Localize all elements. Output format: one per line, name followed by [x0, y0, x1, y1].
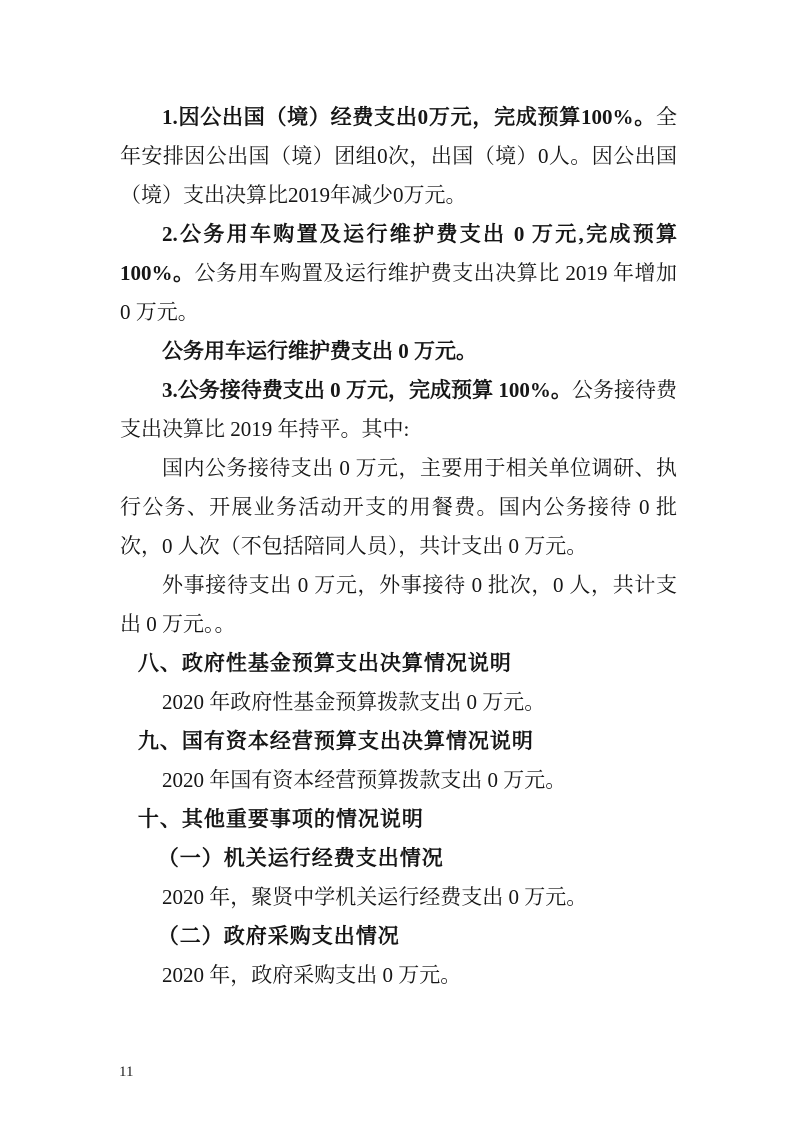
bold-text-segment: 3.公务接待费支出 0 万元，完成预算 100%。	[162, 378, 572, 402]
document-page: 1.因公出国（境）经费支出0万元，完成预算100%。全年安排因公出国（境）团组0…	[0, 0, 793, 1122]
bold-text-segment: （二）政府采购支出情况	[158, 924, 400, 948]
text-segment: 2020 年，聚贤中学机关运行经费支出 0 万元。	[162, 885, 587, 909]
paragraph: 公务用车运行维护费支出 0 万元。	[120, 332, 677, 371]
bold-text-segment: 1.因公出国（境）经费支出0万元，完成预算100%。	[162, 105, 656, 129]
paragraph: 2020 年政府性基金预算拨款支出 0 万元。	[120, 683, 677, 722]
paragraph: 2020 年，政府采购支出 0 万元。	[120, 956, 677, 995]
text-segment: 外事接待支出 0 万元，外事接待 0 批次，0 人，共计支出 0 万元。。	[120, 573, 677, 636]
paragraph: 1.因公出国（境）经费支出0万元，完成预算100%。全年安排因公出国（境）团组0…	[120, 98, 677, 215]
bold-text-segment: 十、其他重要事项的情况说明	[138, 808, 424, 831]
bold-text-segment: 公务用车运行维护费支出 0 万元。	[162, 339, 477, 363]
paragraph: 3.公务接待费支出 0 万元，完成预算 100%。公务接待费支出决算比 2019…	[120, 371, 677, 449]
bold-text-segment: 九、国有资本经营预算支出决算情况说明	[138, 730, 534, 753]
text-segment: 公务用车购置及运行维护费支出决算比 2019 年增加 0 万元。	[120, 261, 677, 324]
paragraph: 2020 年，聚贤中学机关运行经费支出 0 万元。	[120, 878, 677, 917]
page-number: 11	[119, 1062, 133, 1082]
text-segment: 2020 年，政府采购支出 0 万元。	[162, 963, 461, 987]
section-heading: 八、政府性基金预算支出决算情况说明	[120, 644, 677, 683]
section-heading: 十、其他重要事项的情况说明	[120, 800, 677, 839]
bold-text-segment: 八、政府性基金预算支出决算情况说明	[138, 652, 512, 675]
document-body: 1.因公出国（境）经费支出0万元，完成预算100%。全年安排因公出国（境）团组0…	[120, 98, 677, 995]
sub-section-heading: （二）政府采购支出情况	[120, 917, 677, 956]
text-segment: 国内公务接待支出 0 万元，主要用于相关单位调研、执行公务、开展业务活动开支的用…	[120, 456, 677, 558]
paragraph: 国内公务接待支出 0 万元，主要用于相关单位调研、执行公务、开展业务活动开支的用…	[120, 449, 677, 566]
sub-section-heading: （一）机关运行经费支出情况	[120, 839, 677, 878]
text-segment: 2020 年国有资本经营预算拨款支出 0 万元。	[162, 768, 566, 792]
text-segment: 2020 年政府性基金预算拨款支出 0 万元。	[162, 690, 545, 714]
section-heading: 九、国有资本经营预算支出决算情况说明	[120, 722, 677, 761]
bold-text-segment: （一）机关运行经费支出情况	[158, 846, 444, 870]
paragraph: 2.公务用车购置及运行维护费支出 0 万元,完成预算 100%。公务用车购置及运…	[120, 215, 677, 332]
paragraph: 外事接待支出 0 万元，外事接待 0 批次，0 人，共计支出 0 万元。。	[120, 566, 677, 644]
paragraph: 2020 年国有资本经营预算拨款支出 0 万元。	[120, 761, 677, 800]
